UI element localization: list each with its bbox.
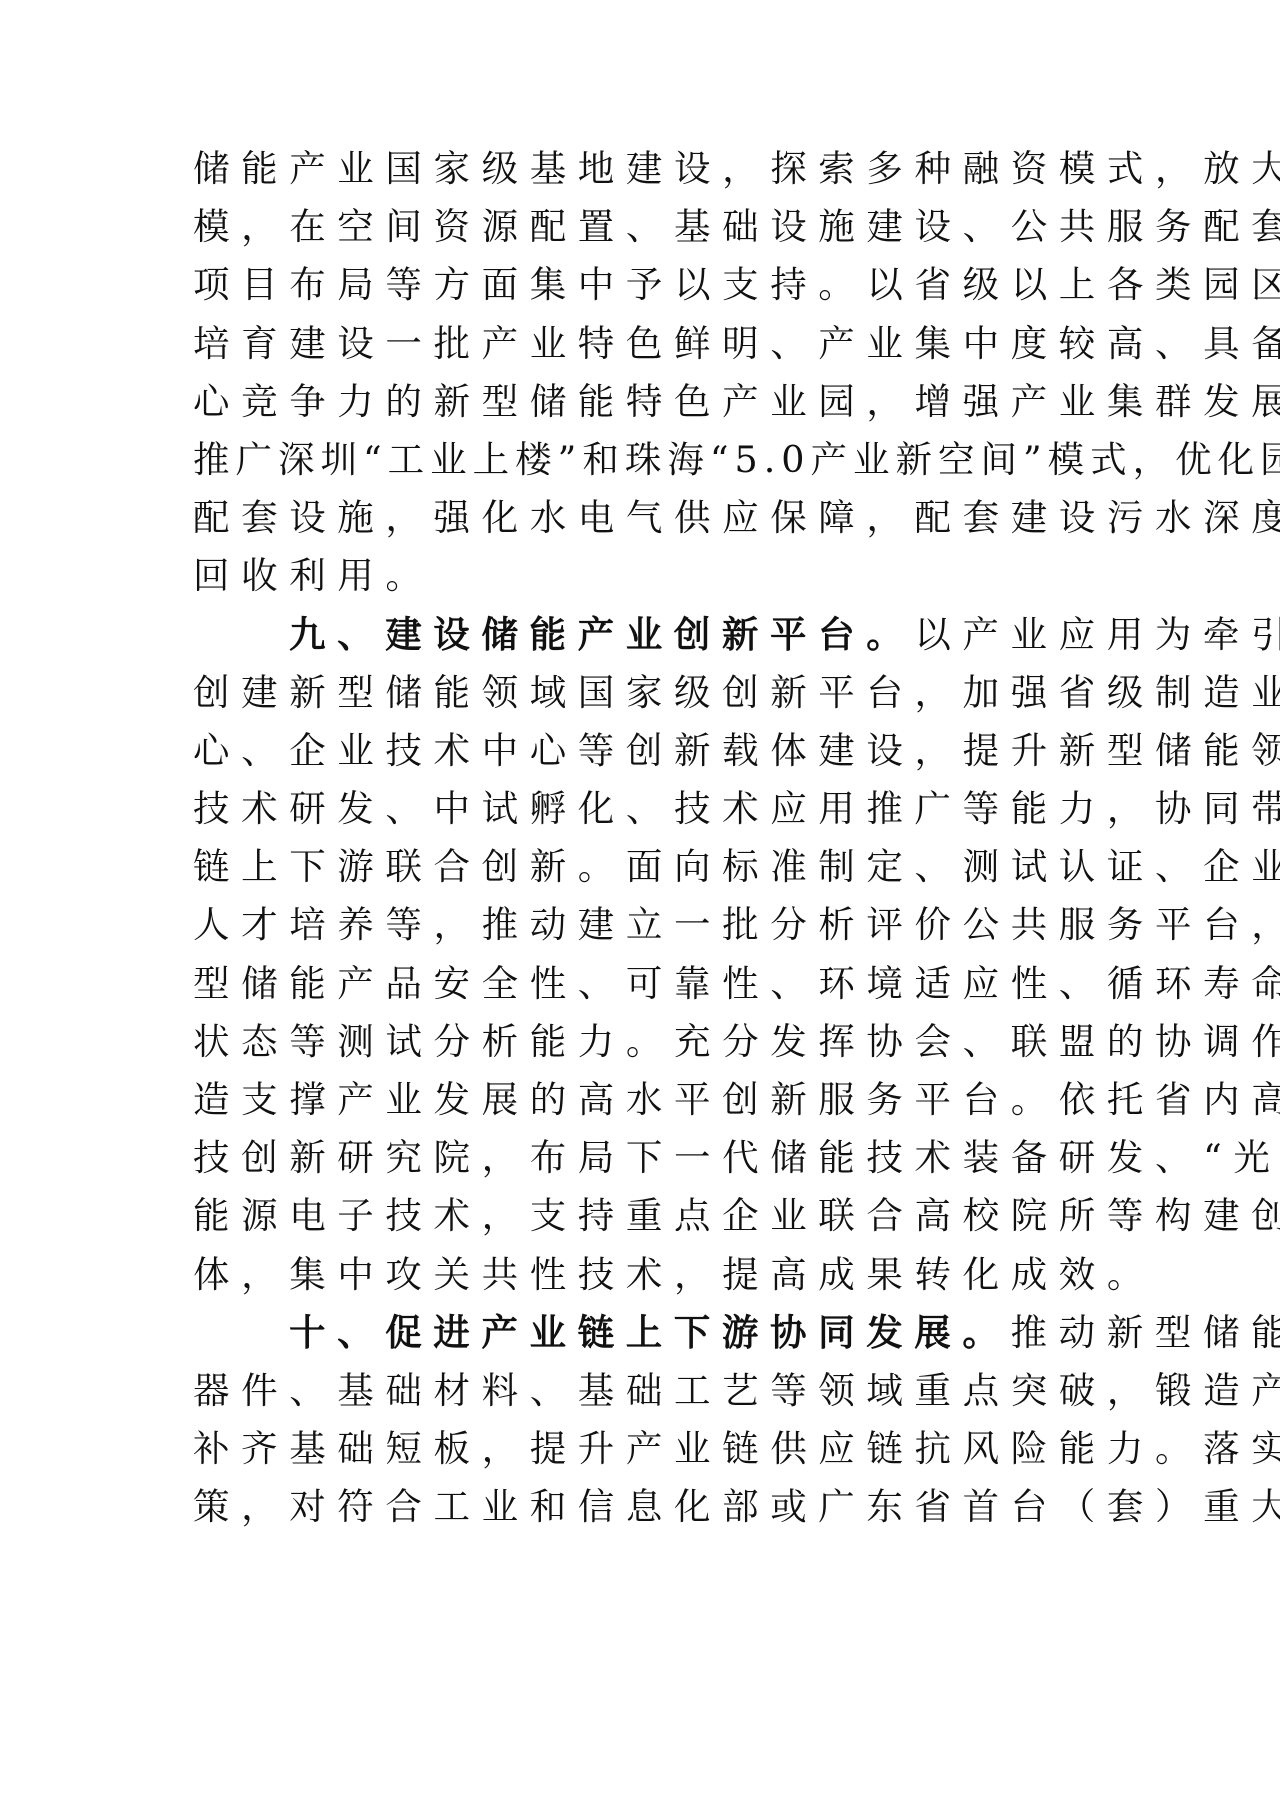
text-line: 心竞争力的新型储能特色产业园，增强产业集群发展能级。 bbox=[193, 373, 1123, 431]
section-heading-line: 十、促进产业链上下游协同发展。推动新型储能基础元 bbox=[193, 1304, 1123, 1362]
text-line: 型储能产品安全性、可靠性、环境适应性、循环寿命、老化 bbox=[193, 955, 1123, 1013]
text-line: 模，在空间资源配置、基础设施建设、公共服务配套、重大 bbox=[193, 198, 1123, 256]
text-line: 培育建设一批产业特色鲜明、产业集中度较高、具备产业核 bbox=[193, 315, 1123, 373]
text-span: 推动新型储能基础元 bbox=[1011, 1311, 1280, 1354]
text-line: 心、企业技术中心等创新载体建设，提升新型储能领域共性 bbox=[193, 722, 1123, 780]
text-line: 技术研发、中试孵化、技术应用推广等能力，协同带动产业 bbox=[193, 780, 1123, 838]
text-line: 推广深圳“工业上楼”和珠海“5.0产业新空间”模式，优化园区 bbox=[193, 431, 1123, 489]
text-line: 回收利用。 bbox=[193, 547, 1123, 605]
text-line: 技创新研究院，布局下一代储能技术装备研发、“光储端信” bbox=[193, 1129, 1123, 1187]
text-line: 器件、基础材料、基础工艺等领域重点突破，锻造产业长板， bbox=[193, 1362, 1123, 1420]
text-line: 人才培养等，推动建立一批分析评价公共服务平台，提升新 bbox=[193, 896, 1123, 954]
text-line: 项目布局等方面集中予以支持。以省级以上各类园区为依托， bbox=[193, 256, 1123, 314]
text-line: 造支撑产业发展的高水平创新服务平台。依托省内高水平科 bbox=[193, 1071, 1123, 1129]
section-heading-line: 九、建设储能产业创新平台。以产业应用为牵引，谋划 bbox=[193, 606, 1123, 664]
text-line: 配套设施，强化水电气供应保障，配套建设污水深度处理和 bbox=[193, 489, 1123, 547]
text-span: 以产业应用为牵引，谋划 bbox=[914, 613, 1280, 656]
document-page: 储能产业国家级基地建设，探索多种融资模式，放大资金规 模，在空间资源配置、基础设… bbox=[193, 140, 1123, 1537]
text-line: 体，集中攻关共性技术，提高成果转化成效。 bbox=[193, 1246, 1123, 1304]
text-line: 链上下游联合创新。面向标准制定、测试认证、企业孵化、 bbox=[193, 838, 1123, 896]
text-line: 能源电子技术，支持重点企业联合高校院所等构建创新联合 bbox=[193, 1187, 1123, 1245]
section-heading: 九、建设储能产业创新平台。 bbox=[289, 613, 914, 656]
text-line: 创建新型储能领域国家级创新平台，加强省级制造业创新中 bbox=[193, 664, 1123, 722]
text-line: 补齐基础短板，提升产业链供应链抗风险能力。落实现有政 bbox=[193, 1420, 1123, 1478]
text-line: 状态等测试分析能力。充分发挥协会、联盟的协调作用，打 bbox=[193, 1013, 1123, 1071]
text-line: 储能产业国家级基地建设，探索多种融资模式，放大资金规 bbox=[193, 140, 1123, 198]
section-heading: 十、促进产业链上下游协同发展。 bbox=[289, 1311, 1011, 1354]
text-line: 策，对符合工业和信息化部或广东省首台（套）重大技术装 bbox=[193, 1478, 1123, 1536]
